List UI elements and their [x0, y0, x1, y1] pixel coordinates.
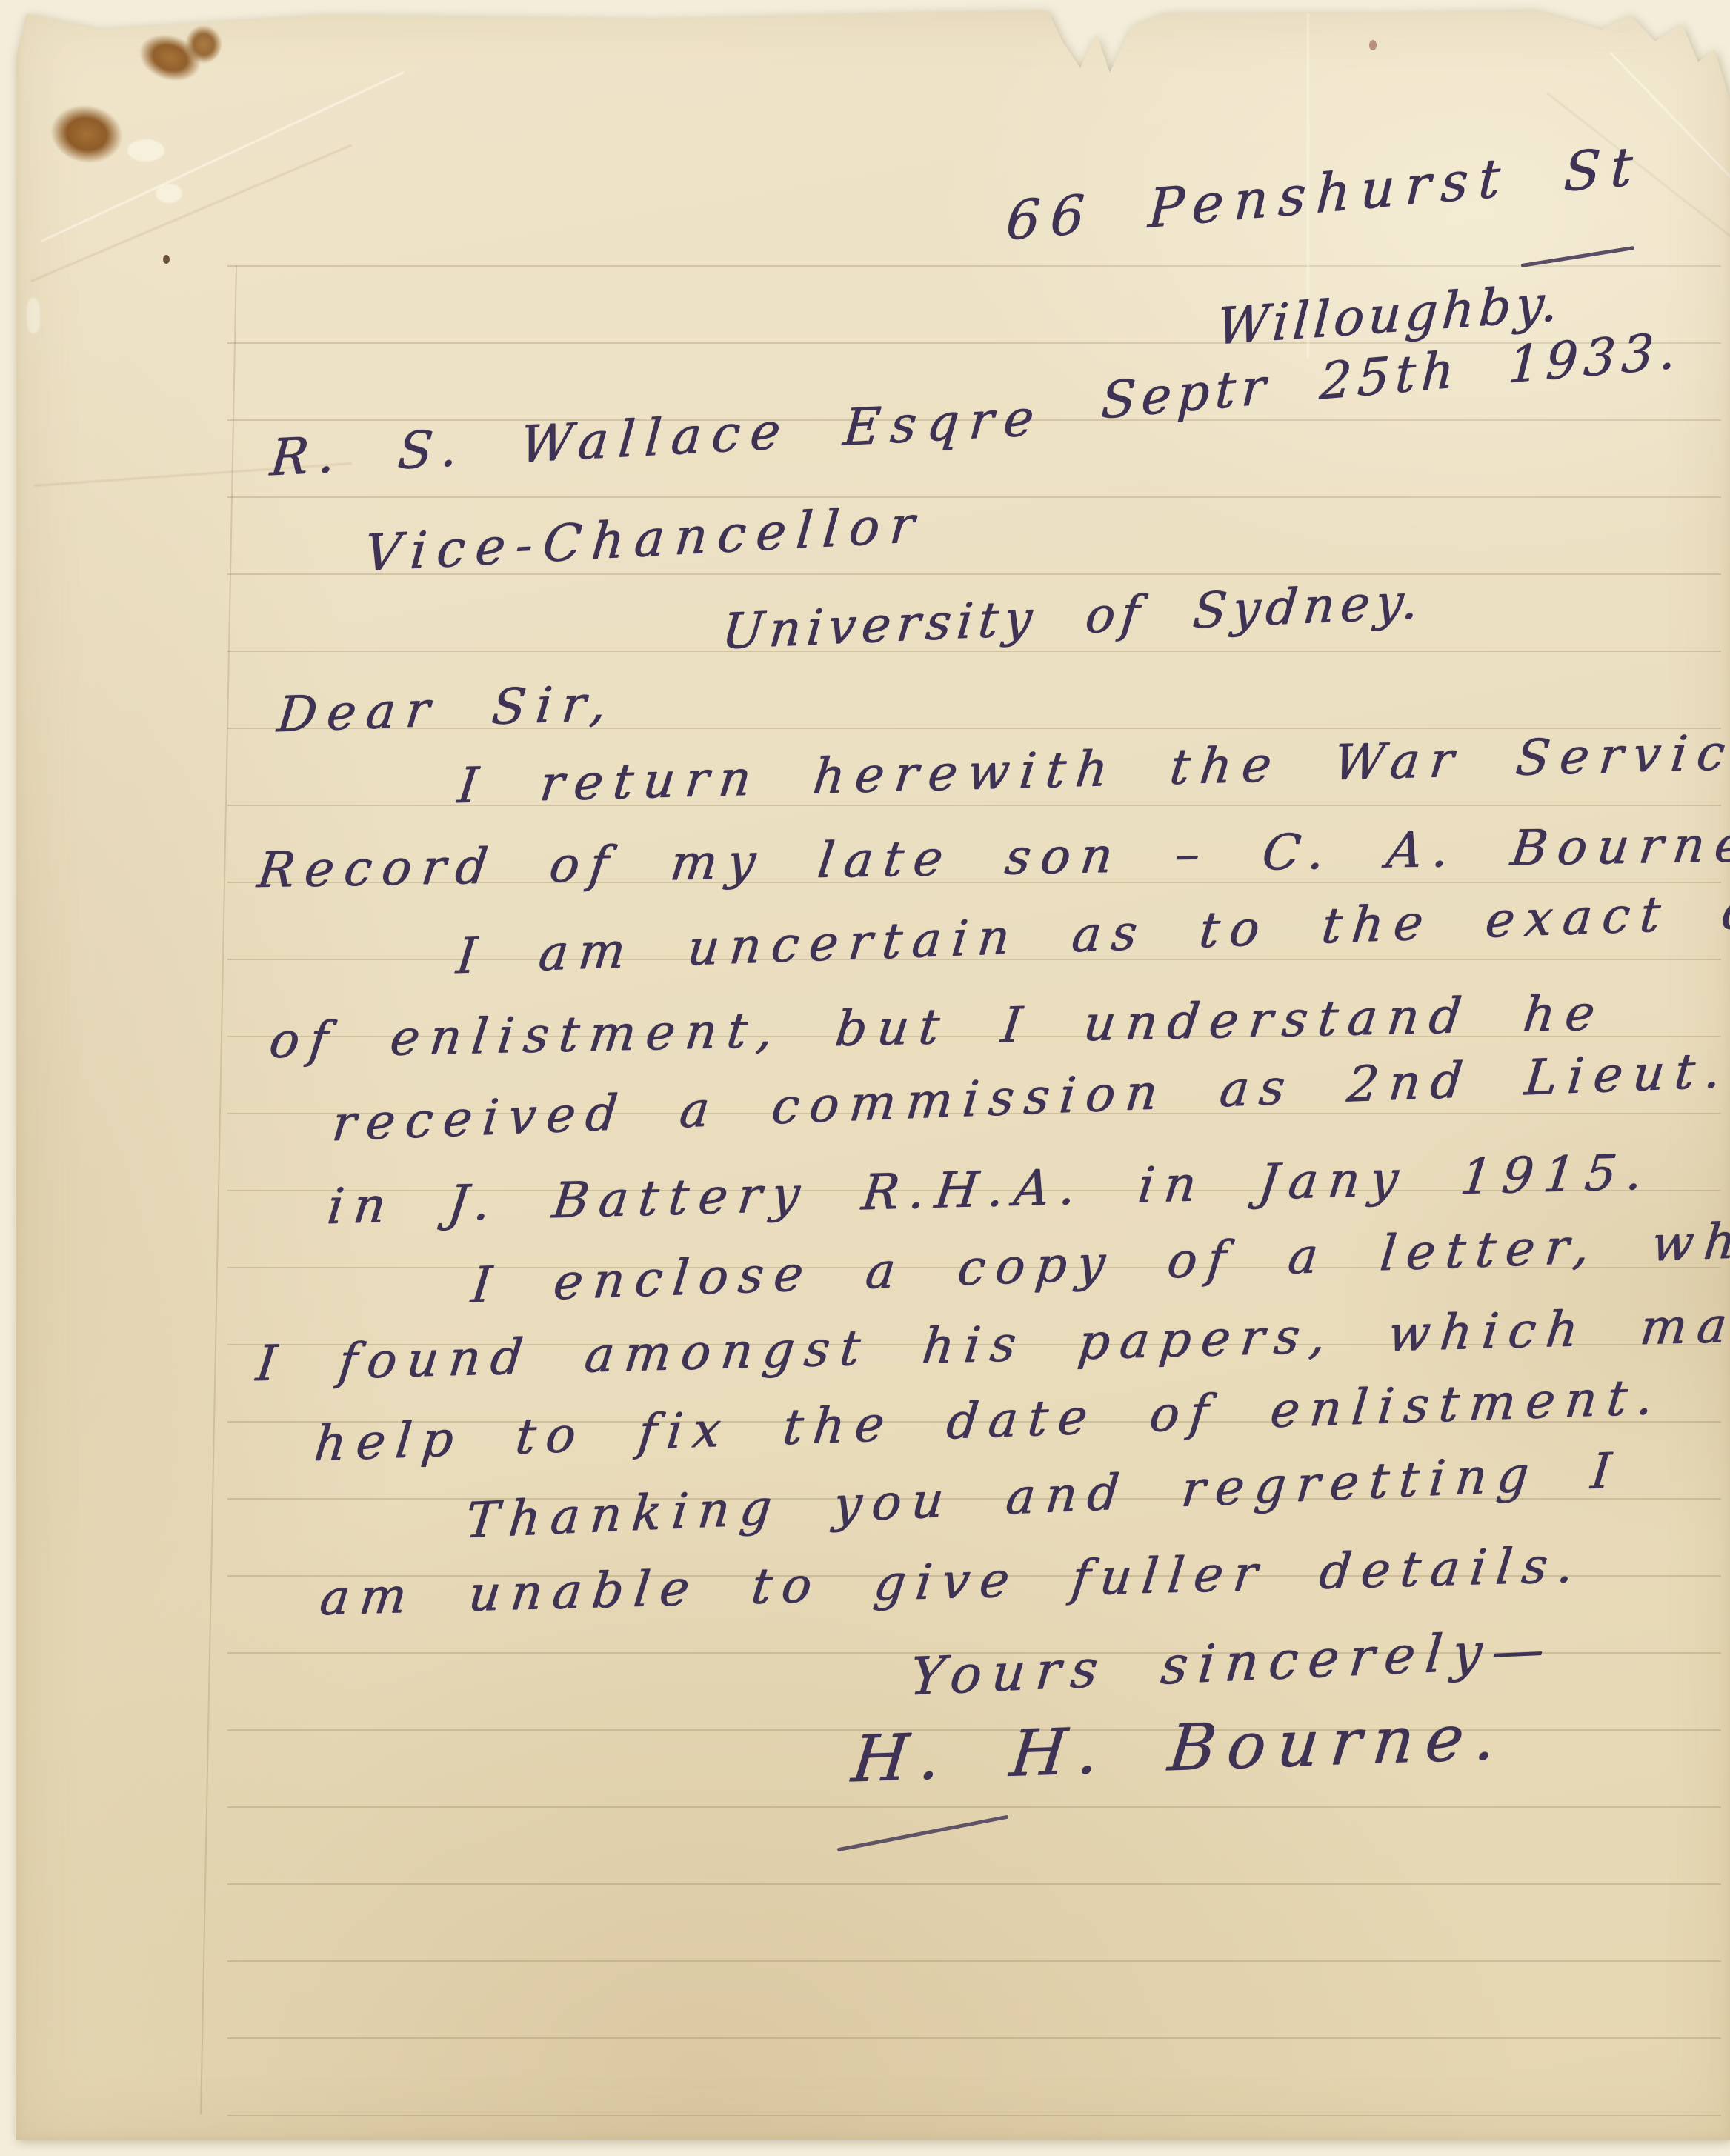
- body-line-11: am unable to give fuller details.: [317, 1540, 1586, 1623]
- body-line-3: I am uncertain as to the exact date: [454, 882, 1730, 981]
- recipient-title: Vice-Chancellor: [362, 499, 926, 579]
- letter-text: 66 Penshurst St Willoughby. Septr 25th 1…: [0, 0, 1730, 2156]
- signature-flourish: [837, 1815, 1009, 1852]
- body-line-2: Record of my late son – C. A. Bourne.: [255, 819, 1730, 895]
- pen-flourish: [1521, 246, 1635, 267]
- recipient-name: R. S. Wallace Esqre: [268, 393, 1046, 484]
- body-line-10: Thanking you and regretting I: [464, 1446, 1623, 1546]
- body-line-6: in J. Battery R.H.A. in Jany 1915.: [325, 1148, 1655, 1231]
- body-line-7: I enclose a copy of a letter, which: [469, 1213, 1730, 1310]
- address-line-1: 66 Penshurst St: [1005, 139, 1643, 248]
- body-line-1: I return herewith the War Service: [455, 727, 1730, 811]
- salutation: Dear Sir,: [275, 679, 619, 739]
- recipient-institution: University of Sydney.: [720, 577, 1426, 657]
- scanned-letter-page: 66 Penshurst St Willoughby. Septr 25th 1…: [0, 0, 1730, 2156]
- closing: Yours sincerely—: [908, 1623, 1557, 1703]
- signature: H. H. Bourne.: [849, 1705, 1511, 1791]
